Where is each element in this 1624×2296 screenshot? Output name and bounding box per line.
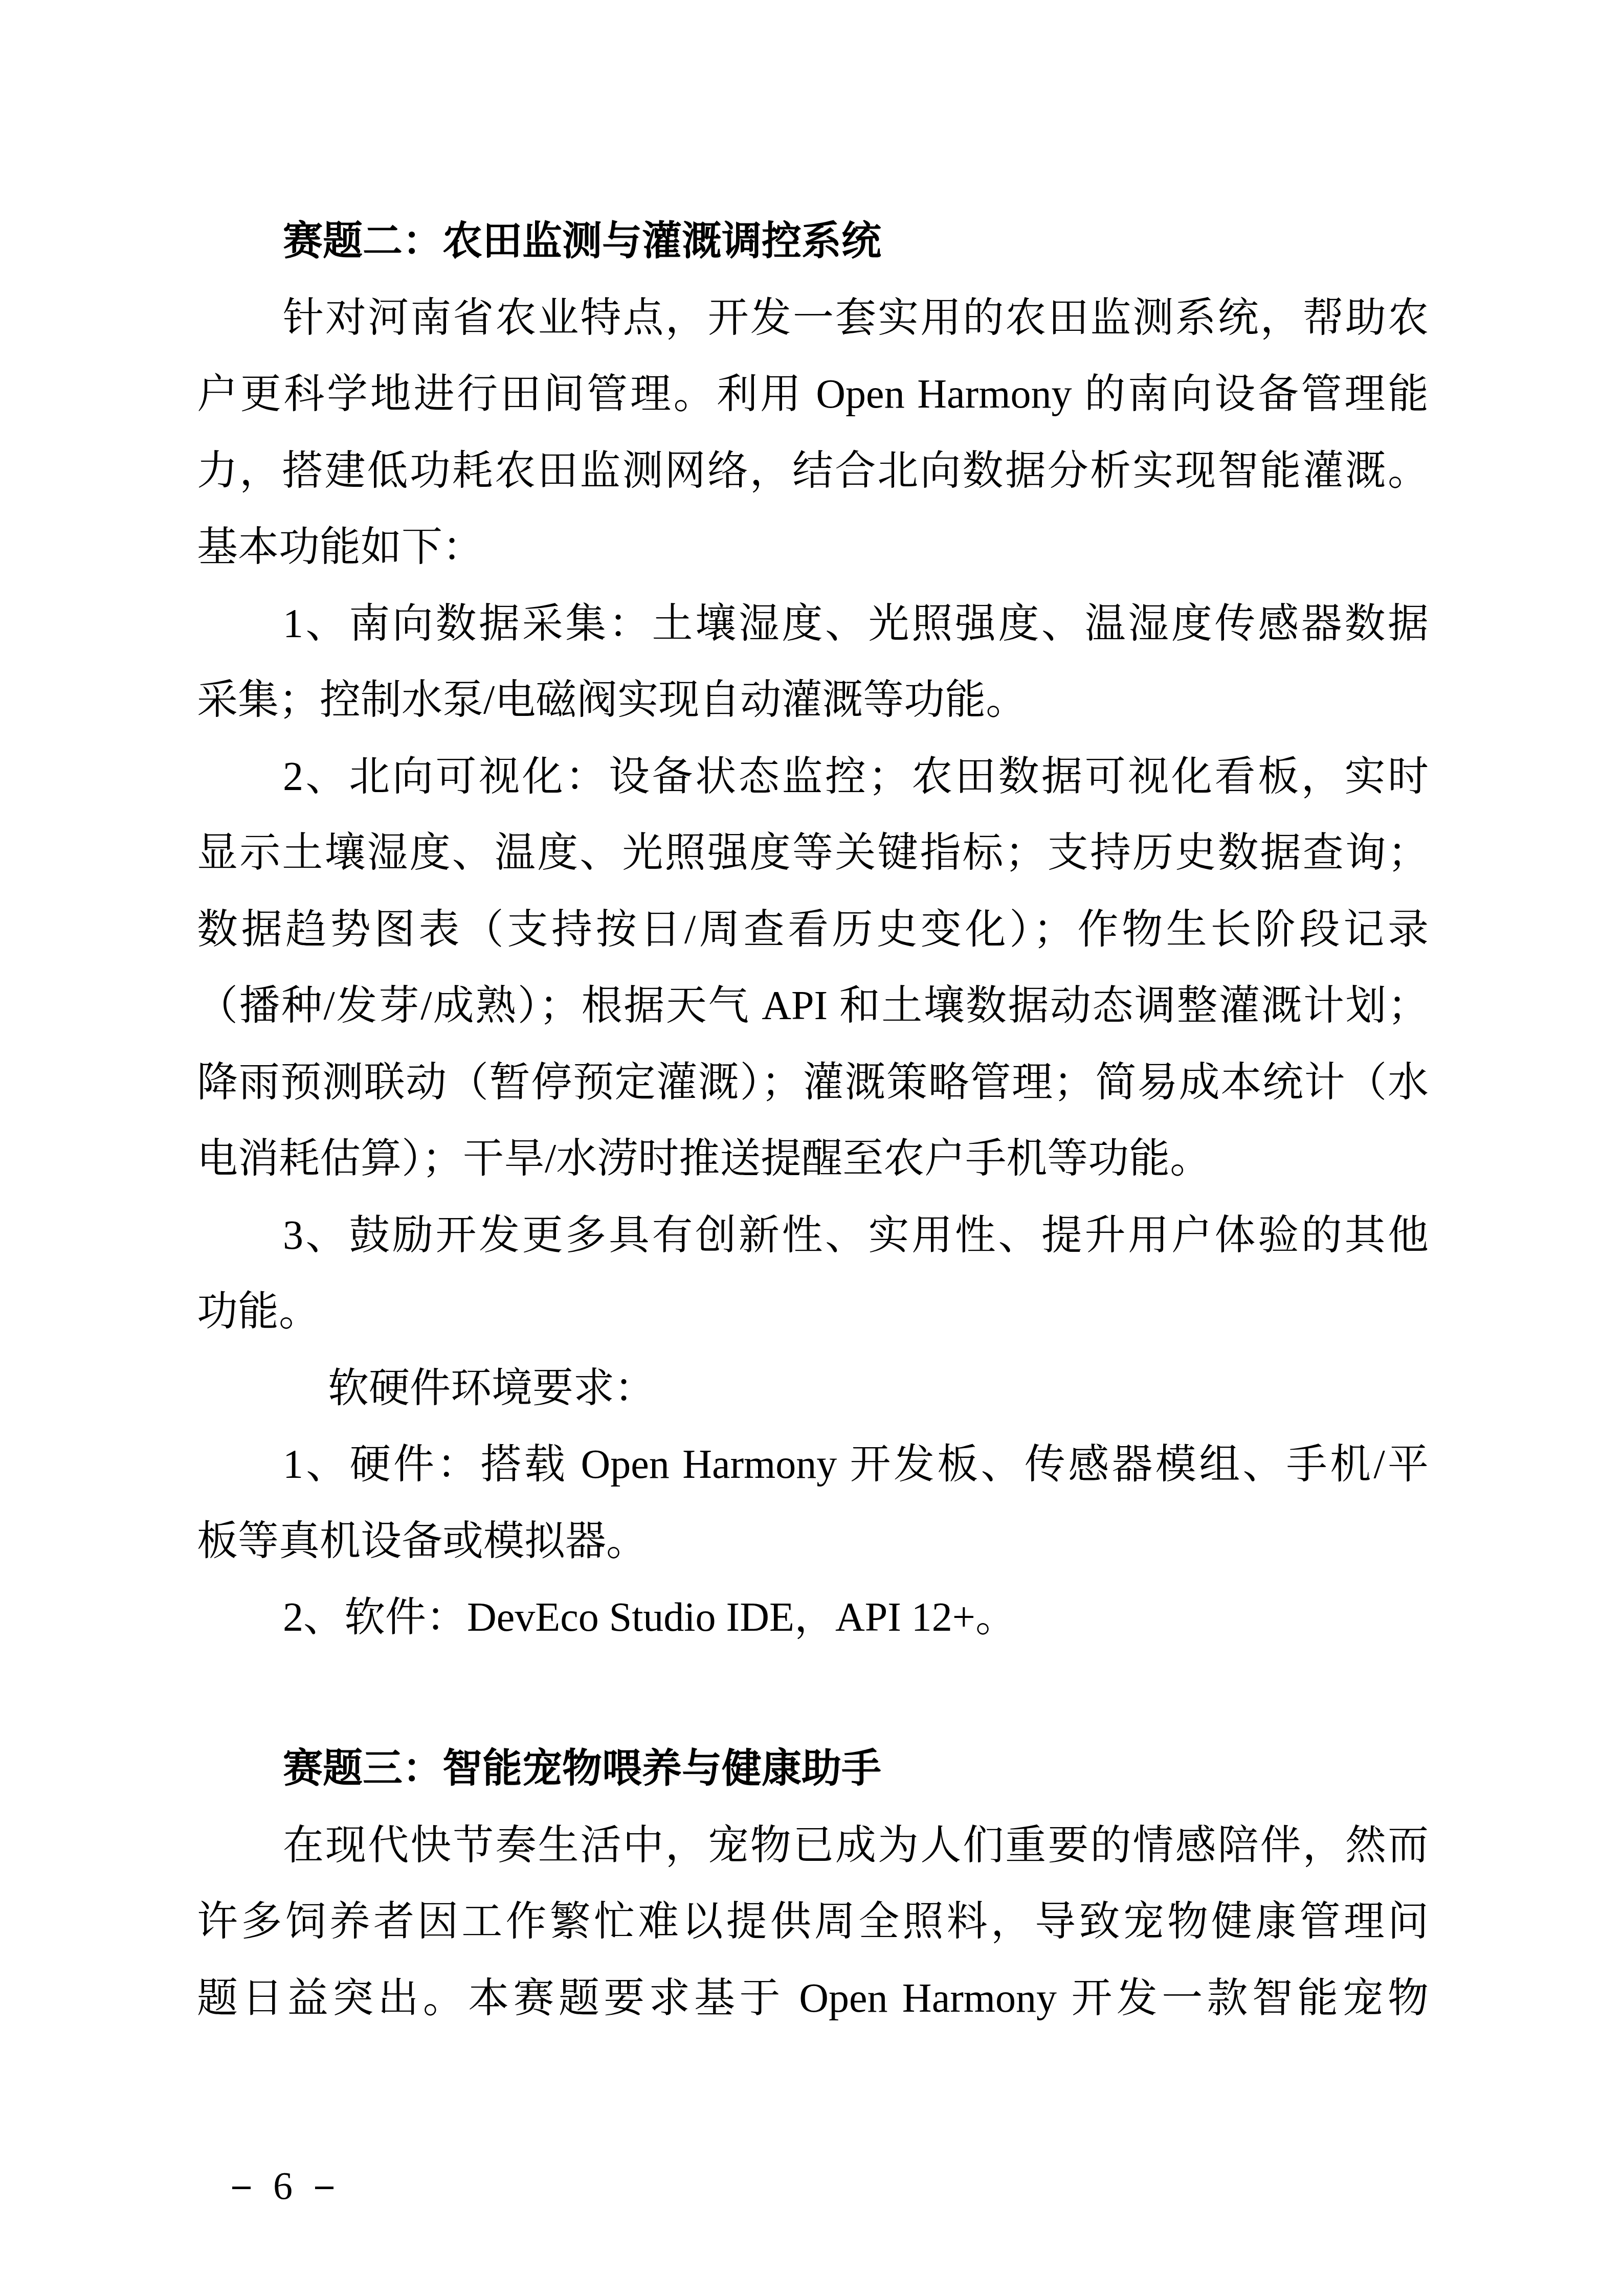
- section-2-heading: 赛题二：农田监测与灌溉调控系统: [197, 204, 1429, 280]
- item-2-line-2: 显示土壤湿度、温度、光照强度等关键指标；支持历史数据查询；: [197, 815, 1429, 892]
- section-3-intro-line-3: 题日益突出。本赛题要求基于 Open Harmony 开发一款智能宠物: [197, 1961, 1429, 2037]
- item-2-line-4: （播种/发芽/成熟）；根据天气 API 和土壤数据动态调整灌溉计划；: [197, 968, 1429, 1045]
- section-2-intro-line-1: 针对河南省农业特点，开发一套实用的农田监测系统，帮助农: [197, 280, 1429, 357]
- software-line-1: 2、软件：DevEco Studio IDE，API 12+。: [197, 1580, 1429, 1656]
- section-2-intro-line-2: 户更科学地进行田间管理。利用 Open Harmony 的南向设备管理能: [197, 356, 1429, 433]
- item-2-line-5: 降雨预测联动（暂停预定灌溉）；灌溉策略管理；简易成本统计（水: [197, 1045, 1429, 1121]
- section-2: 赛题二：农田监测与灌溉调控系统 针对河南省农业特点，开发一套实用的农田监测系统，…: [197, 204, 1429, 1656]
- section-2-intro-line-3: 力，搭建低功耗农田监测网络，结合北向数据分析实现智能灌溉。: [197, 433, 1429, 510]
- section-3-intro-line-1: 在现代快节奏生活中，宠物已成为人们重要的情感陪伴，然而: [197, 1808, 1429, 1884]
- document-page: 赛题二：农田监测与灌溉调控系统 针对河南省农业特点，开发一套实用的农田监测系统，…: [0, 0, 1624, 2296]
- item-2-line-6: 电消耗估算）；干旱/水涝时推送提醒至农户手机等功能。: [197, 1121, 1429, 1198]
- section-3-intro-line-2: 许多饲养者因工作繁忙难以提供周全照料，导致宠物健康管理问: [197, 1884, 1429, 1961]
- item-1-line-1: 1、南向数据采集：土壤湿度、光照强度、温湿度传感器数据: [197, 586, 1429, 663]
- page-number-dash-right: [315, 2187, 333, 2189]
- item-3-line-2: 功能。: [197, 1274, 1429, 1350]
- section-3: 赛题三：智能宠物喂养与健康助手 在现代快节奏生活中，宠物已成为人们重要的情感陪伴…: [197, 1731, 1429, 2037]
- page-number: 6: [193, 2109, 333, 2263]
- item-3-line-1: 3、鼓励开发更多具有创新性、实用性、提升用户体验的其他: [197, 1198, 1429, 1274]
- environment-requirements-title: 软硬件环境要求：: [197, 1350, 1429, 1427]
- item-2-line-1: 2、北向可视化：设备状态监控；农田数据可视化看板，实时: [197, 739, 1429, 816]
- page-number-value: 6: [273, 2160, 293, 2212]
- hardware-line-2: 板等真机设备或模拟器。: [197, 1503, 1429, 1580]
- hardware-line-1: 1、硬件：搭载 Open Harmony 开发板、传感器模组、手机/平: [197, 1427, 1429, 1503]
- item-1-line-2: 采集；控制水泵/电磁阀实现自动灌溉等功能。: [197, 662, 1429, 739]
- item-2-line-3: 数据趋势图表（支持按日/周查看历史变化）；作物生长阶段记录: [197, 892, 1429, 969]
- section-3-heading: 赛题三：智能宠物喂养与健康助手: [197, 1731, 1429, 1808]
- section-2-intro-line-4: 基本功能如下：: [197, 509, 1429, 586]
- page-number-dash-left: [232, 2187, 251, 2189]
